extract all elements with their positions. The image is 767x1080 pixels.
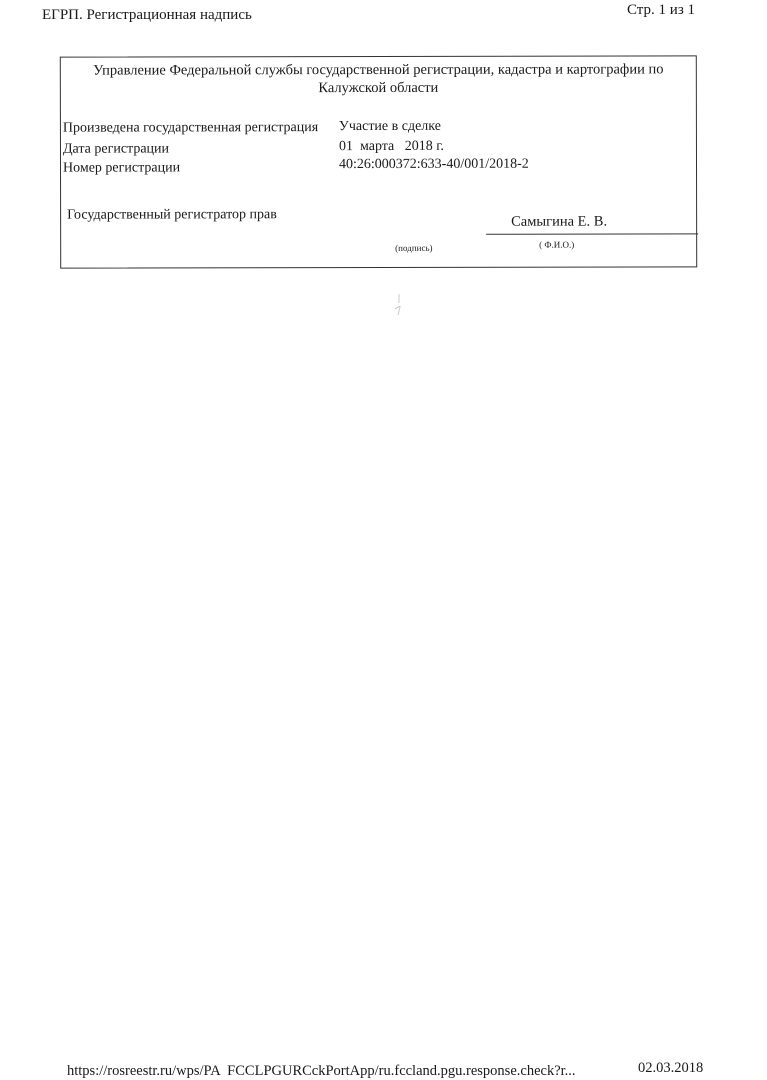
document-header-title: ЕГРП. Регистрационная надпись (42, 7, 252, 24)
field-label-registration-number: Номер регистрации (63, 160, 180, 176)
registrar-label: Государственный регистратор прав (67, 206, 287, 223)
field-label-registration-date: Дата регистрации (63, 141, 169, 157)
pen-mark-icon (393, 293, 407, 317)
signature-line (486, 233, 698, 234)
fio-hint: ( Ф.И.О.) (539, 240, 574, 250)
organization-name: Управление Федеральной службы государств… (61, 60, 696, 97)
registration-stamp: Управление Федеральной службы государств… (60, 55, 697, 268)
footer-date: 02.03.2018 (638, 1060, 703, 1077)
page-counter: Стр. 1 из 1 (627, 2, 695, 19)
signature-hint: (подпись) (395, 243, 432, 253)
field-label-registration-type: Произведена государственная регистрация (63, 120, 318, 137)
footer-url: https://rosreestr.ru/wps/PA FCCLPGURCckP… (67, 1063, 576, 1080)
field-value-registration-type: Участие в сделке (339, 119, 441, 135)
registrar-name: Самыгина Е. В. (511, 214, 607, 231)
field-value-registration-date: 01 марта 2018 г. (339, 139, 444, 155)
field-value-registration-number: 40:26:000372:633-40/001/2018-2 (339, 157, 529, 173)
